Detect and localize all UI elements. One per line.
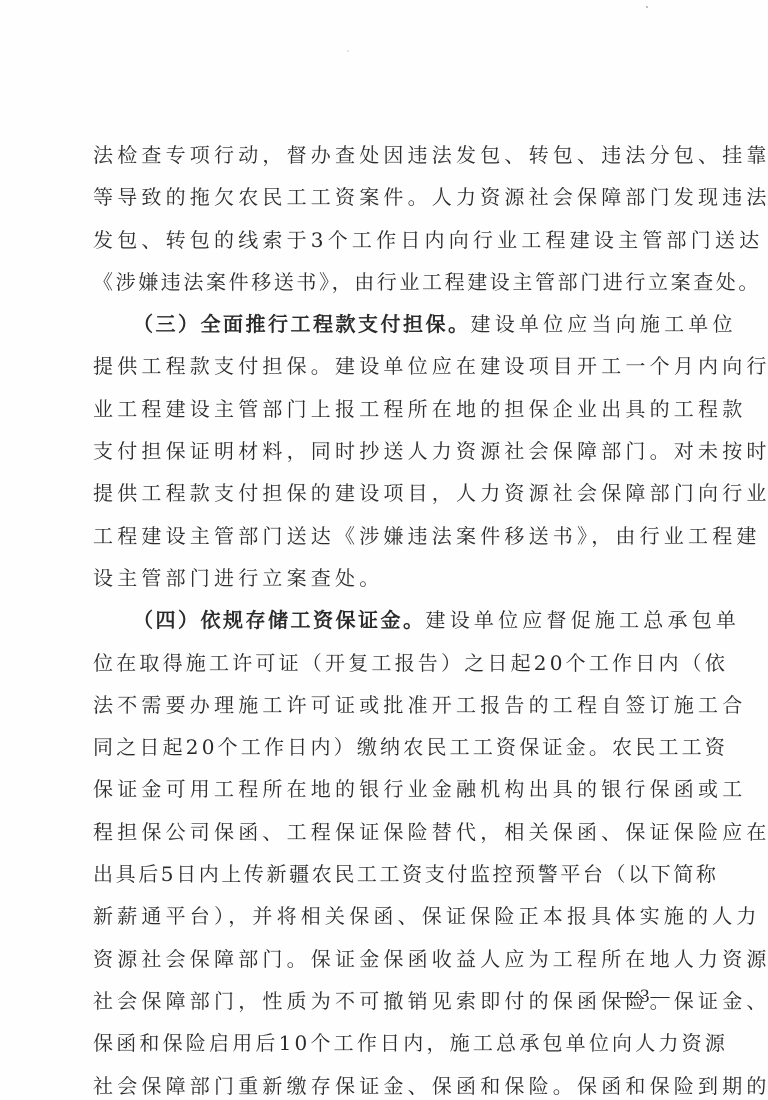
text-line: 出具后5日内上传新疆农民工工资支付监控预警平台（以下简称 — [93, 853, 683, 895]
text-line: 新薪通平台），并将相关保函、保证保险正本报具体实施的人力 — [93, 895, 683, 937]
text-line: 支付担保证明材料，同时抄送人力资源社会保障部门。对未按时 — [93, 430, 683, 472]
text-line: 提供工程款支付担保。建设单位应在建设项目开工一个月内向行 — [93, 345, 683, 387]
text-line: 工程建设主管部门送达《涉嫌违法案件移送书》，由行业工程建 — [93, 515, 683, 557]
text-line: 业工程建设主管部门上报工程所在地的担保企业出具的工程款 — [93, 388, 683, 430]
text-line: 提供工程款支付担保的建设项目，人力资源社会保障部门向行业 — [93, 472, 683, 514]
document-body: 法检查专项行动，督办查处因违法发包、转包、违法分包、挂靠 等导致的拖欠农民工工资… — [93, 134, 683, 1100]
text-fragment: 建设单位应当向施工单位 — [471, 312, 737, 336]
section-three-first-line: （三）全面推行工程款支付担保。建设单位应当向施工单位 — [93, 303, 683, 345]
scan-speck — [143, 966, 145, 968]
text-line: 资源社会保障部门。保证金保函收益人应为工程所在地人力资源 — [93, 938, 683, 980]
text-line: 法检查专项行动，督办查处因违法发包、转包、违法分包、挂靠 — [93, 134, 683, 176]
text-fragment: 建设单位应督促施工总承包单 — [426, 608, 741, 632]
section-heading-four: （四）依规存储工资保证金。 — [133, 608, 426, 632]
text-line: 程担保公司保函、工程保证保险替代，相关保函、保证保险应在 — [93, 811, 683, 853]
scan-speck — [347, 50, 349, 52]
section-heading-three: （三）全面推行工程款支付担保。 — [133, 312, 471, 336]
text-line: 发包、转包的线索于3个工作日内向行业工程建设主管部门送达 — [93, 219, 683, 261]
document-page: 法检查专项行动，督办查处因违法发包、转包、违法分包、挂靠 等导致的拖欠农民工工资… — [0, 0, 768, 1100]
text-line: 《涉嫌违法案件移送书》，由行业工程建设主管部门进行立案查处。 — [93, 261, 683, 303]
text-line: 设主管部门进行立案查处。 — [93, 557, 683, 599]
text-line: 社会保障部门重新缴存保证金、保函和保险。保函和保险到期的 — [93, 1065, 683, 1100]
text-line: 社会保障部门，性质为不可撤销见索即付的保函保险。保证金、 — [93, 980, 683, 1022]
text-line: 位在取得施工许可证（开复工报告）之日起20个工作日内（依 — [93, 642, 683, 684]
text-line: 法不需要办理施工许可证或批准开工报告的工程自签订施工合 — [93, 684, 683, 726]
section-four-first-line: （四）依规存储工资保证金。建设单位应督促施工总承包单 — [93, 599, 683, 641]
text-line: 保证金可用工程所在地的银行业金融机构出具的银行保函或工 — [93, 768, 683, 810]
text-line: 保函和保险启用后10个工作日内，施工总承包单位向人力资源 — [93, 1022, 683, 1064]
page-number: —3— — [620, 986, 671, 1008]
text-line: 同之日起20个工作日内）缴纳农民工工资保证金。农民工工资 — [93, 726, 683, 768]
text-line: 等导致的拖欠农民工工资案件。人力资源社会保障部门发现违法 — [93, 176, 683, 218]
scan-speck — [646, 6, 648, 8]
